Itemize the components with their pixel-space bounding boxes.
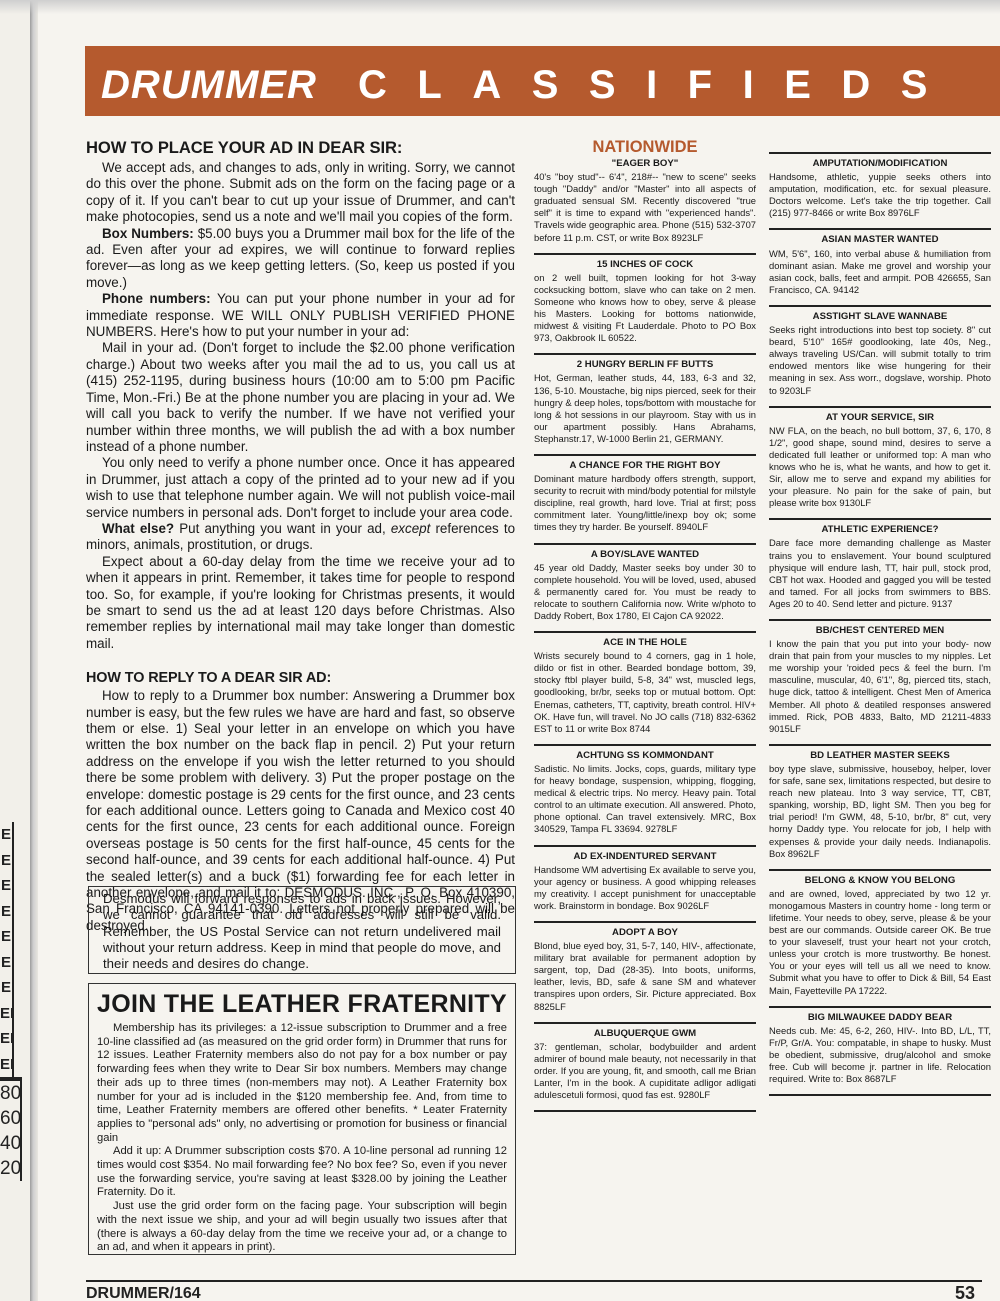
ad-headline: ATHLETIC EXPERIENCE? bbox=[769, 524, 991, 536]
place-ad-intro: We accept ads, and changes to ads, only … bbox=[86, 160, 515, 226]
ad-headline: BIG MILWAUKEE DADDY BEAR bbox=[769, 1012, 991, 1024]
ad-divider bbox=[769, 518, 991, 520]
classified-ad: 15 INCHES OF COCKon 2 well built, topmen… bbox=[534, 253, 756, 345]
ad-headline: ASIAN MASTER WANTED bbox=[769, 234, 991, 246]
ad-divider bbox=[769, 305, 991, 307]
forwarding-notice: Desmodus will forward responses to ads i… bbox=[88, 886, 516, 974]
facing-page-edge: EEEEEEEEEEEEE80604020 bbox=[0, 0, 30, 1301]
ad-headline: A CHANCE FOR THE RIGHT BOY bbox=[534, 460, 756, 472]
ad-headline: "EAGER BOY" bbox=[534, 158, 756, 170]
place-ad-heading: HOW TO PLACE YOUR AD IN DEAR SIR: bbox=[86, 138, 515, 158]
page-number: 53 bbox=[955, 1283, 975, 1301]
ad-body: Wrists securely bound to 4 corners, gag … bbox=[534, 650, 756, 735]
ad-divider bbox=[534, 353, 756, 355]
facing-page-price: 20 bbox=[0, 1156, 22, 1181]
ad-body: Sadistic. No limits. Jocks, cops, guards… bbox=[534, 763, 756, 836]
facing-page-fragment: E bbox=[0, 950, 14, 976]
classified-ad: A CHANCE FOR THE RIGHT BOYDominant matur… bbox=[534, 454, 756, 534]
ad-divider bbox=[769, 619, 991, 621]
classified-ad: "EAGER BOY"40's "boy stud"-- 6'4", 218#-… bbox=[534, 158, 756, 244]
facing-page-fragment: E bbox=[0, 873, 14, 899]
facing-page-fragment: E bbox=[0, 924, 14, 950]
what-else-text: Put anything you want in your ad, bbox=[179, 521, 385, 536]
facing-page-grid: EEEEEEEEEEEEE80604020 bbox=[0, 822, 14, 1181]
ad-body: and are owned, loved, appreciated by two… bbox=[769, 888, 991, 997]
classifieds-column-middle: NATIONWIDE "EAGER BOY"40's "boy stud"-- … bbox=[534, 138, 756, 1112]
ad-divider bbox=[534, 1110, 756, 1112]
facing-page-fragment: E bbox=[0, 899, 14, 925]
classified-ad: AT YOUR SERVICE, SIRNW FLA, on the beach… bbox=[769, 406, 991, 510]
ad-headline: ACE IN THE HOLE bbox=[534, 637, 756, 649]
classified-ad: ASSTIGHT SLAVE WANNABESeeks right introd… bbox=[769, 305, 991, 397]
classified-ad: BIG MILWAUKEE DADDY BEARNeeds cub. Me: 4… bbox=[769, 1006, 991, 1086]
ad-headline: BD LEATHER MASTER SEEKS bbox=[769, 750, 991, 762]
ad-body: on 2 well built, topmen looking for hot … bbox=[534, 272, 756, 345]
classified-ad: ACE IN THE HOLEWrists securely bound to … bbox=[534, 631, 756, 735]
magazine-title: DRUMMER bbox=[101, 63, 317, 108]
except-emphasis: except bbox=[391, 521, 430, 536]
phone-numbers-label: Phone numbers: bbox=[102, 291, 211, 306]
ad-divider bbox=[534, 454, 756, 456]
ad-body: I know the pain that you put into your b… bbox=[769, 638, 991, 735]
ad-divider bbox=[534, 845, 756, 847]
ad-divider bbox=[534, 921, 756, 923]
ad-body: Dare face more demanding challenge as Ma… bbox=[769, 537, 991, 610]
facing-page-fragment: EE bbox=[0, 1026, 14, 1052]
ad-body: boy type slave, submissive, houseboy, he… bbox=[769, 763, 991, 860]
what-else-paragraph: What else? Put anything you want in your… bbox=[86, 521, 515, 554]
ad-headline: A BOY/SLAVE WANTED bbox=[534, 549, 756, 561]
fraternity-add-it-up: Add it up: A Drummer subscription costs … bbox=[97, 1145, 507, 1200]
ad-body: WM, 5'6", 160, into verbal abuse & humil… bbox=[769, 248, 991, 296]
classifieds-column-right: AMPUTATION/MODIFICATIONHandsome, athleti… bbox=[769, 152, 991, 1096]
ad-body: Seeks right introductions into best top … bbox=[769, 324, 991, 397]
ad-headline: ACHTUNG SS KOMMONDANT bbox=[534, 750, 756, 762]
footer-rule bbox=[86, 1280, 982, 1282]
region-heading: NATIONWIDE bbox=[534, 138, 756, 157]
ad-divider bbox=[769, 744, 991, 746]
facing-page-price: 80 bbox=[0, 1081, 22, 1106]
ad-body: 45 year old Daddy, Master seeks boy unde… bbox=[534, 562, 756, 622]
classified-ad: BELONG & KNOW YOU BELONGand are owned, l… bbox=[769, 869, 991, 997]
ad-divider bbox=[534, 631, 756, 633]
forwarding-notice-text: Desmodus will forward responses to ads i… bbox=[103, 891, 501, 971]
classified-ad: BD LEATHER MASTER SEEKSboy type slave, s… bbox=[769, 744, 991, 860]
what-else-label: What else? bbox=[102, 521, 174, 536]
box-numbers-paragraph: Box Numbers: $5.00 buys you a Drummer ma… bbox=[86, 226, 515, 292]
ad-headline: BB/CHEST CENTERED MEN bbox=[769, 625, 991, 637]
ad-body: Dominant mature hardbody offers strength… bbox=[534, 473, 756, 533]
classified-ad: ADOPT A BOYBlond, blue eyed boy, 31, 5-7… bbox=[534, 921, 756, 1013]
ad-divider bbox=[534, 253, 756, 255]
ad-body: Hot, German, leather studs, 44, 183, 6-3… bbox=[534, 372, 756, 445]
ad-headline: BELONG & KNOW YOU BELONG bbox=[769, 875, 991, 887]
ad-headline: 2 HUNGRY BERLIN FF BUTTS bbox=[534, 359, 756, 371]
delay-paragraph: Expect about a 60-day delay from the tim… bbox=[86, 554, 515, 652]
facing-page-fragment: EE bbox=[0, 1001, 14, 1027]
facing-page-fragment: EE bbox=[0, 1052, 14, 1078]
binding-gutter bbox=[30, 0, 38, 1301]
ad-headline: AT YOUR SERVICE, SIR bbox=[769, 412, 991, 424]
classified-ad: AMPUTATION/MODIFICATIONHandsome, athleti… bbox=[769, 152, 991, 219]
classified-ad: ASIAN MASTER WANTEDWM, 5'6", 160, into v… bbox=[769, 228, 991, 295]
ad-body: Needs cub. Me: 45, 6-2, 260, HIV-. Into … bbox=[769, 1025, 991, 1085]
fraternity-privileges: Membership has its privileges: a 12-issu… bbox=[97, 1022, 507, 1145]
ad-divider bbox=[769, 869, 991, 871]
classified-ad: ACHTUNG SS KOMMONDANTSadistic. No limits… bbox=[534, 744, 756, 836]
ad-body: Handsome WM advertising Ex available to … bbox=[534, 864, 756, 912]
facing-page-price: 60 bbox=[0, 1106, 22, 1131]
ad-headline: AD EX-INDENTURED SERVANT bbox=[534, 851, 756, 863]
section-banner: DRUMMER CLASSIFIEDS bbox=[85, 46, 1000, 116]
facing-page-fragment: E bbox=[0, 848, 14, 874]
ad-divider bbox=[769, 1094, 991, 1096]
reply-ad-heading: HOW TO REPLY TO A DEAR SIR AD: bbox=[86, 670, 515, 686]
issue-label: DRUMMER/164 bbox=[86, 1285, 201, 1301]
verify-paragraph: You only need to verify a phone number o… bbox=[86, 455, 515, 521]
section-title: CLASSIFIEDS bbox=[358, 63, 958, 108]
ad-divider bbox=[534, 543, 756, 545]
classified-ad: ATHLETIC EXPERIENCE?Dare face more deman… bbox=[769, 518, 991, 610]
fraternity-heading: JOIN THE LEATHER FRATERNITY bbox=[97, 989, 507, 1019]
ad-headline: ALBUQUERQUE GWM bbox=[534, 1028, 756, 1040]
mail-ad-paragraph: Mail in your ad. (Don't forget to includ… bbox=[86, 340, 515, 455]
instructions-column: HOW TO PLACE YOUR AD IN DEAR SIR: We acc… bbox=[86, 138, 515, 934]
ad-divider bbox=[769, 406, 991, 408]
ad-divider bbox=[769, 1006, 991, 1008]
page-shadow bbox=[0, 0, 1000, 14]
ad-headline: 15 INCHES OF COCK bbox=[534, 259, 756, 271]
facing-page-price: 40 bbox=[0, 1131, 22, 1156]
classified-ad: ALBUQUERQUE GWM37: gentleman, scholar, b… bbox=[534, 1022, 756, 1102]
ad-divider bbox=[534, 1022, 756, 1024]
classified-ad: 2 HUNGRY BERLIN FF BUTTSHot, German, lea… bbox=[534, 353, 756, 445]
ad-divider bbox=[534, 744, 756, 746]
ad-divider bbox=[769, 228, 991, 230]
phone-numbers-paragraph: Phone numbers: You can put your phone nu… bbox=[86, 291, 515, 340]
classified-ad: AD EX-INDENTURED SERVANTHandsome WM adve… bbox=[534, 845, 756, 912]
classified-ad: BB/CHEST CENTERED MENI know the pain tha… bbox=[769, 619, 991, 735]
ad-body: 40's "boy stud"-- 6'4", 218#-- "new to s… bbox=[534, 171, 756, 244]
ad-body: Blond, blue eyed boy, 31, 5-7, 140, HIV-… bbox=[534, 940, 756, 1013]
ad-body: Handsome, athletic, yuppie seeks others … bbox=[769, 171, 991, 219]
ad-divider bbox=[769, 152, 991, 154]
ad-body: NW FLA, on the beach, no bull bottom, 37… bbox=[769, 425, 991, 510]
ad-body: 37: gentleman, scholar, bodybuilder and … bbox=[534, 1041, 756, 1101]
leather-fraternity-box: JOIN THE LEATHER FRATERNITY Membership h… bbox=[88, 983, 516, 1255]
facing-page-fragment: E bbox=[0, 975, 14, 1001]
ad-headline: ASSTIGHT SLAVE WANNABE bbox=[769, 311, 991, 323]
classified-ad: A BOY/SLAVE WANTED45 year old Daddy, Mas… bbox=[534, 543, 756, 623]
ad-headline: ADOPT A BOY bbox=[534, 927, 756, 939]
ad-headline: AMPUTATION/MODIFICATION bbox=[769, 158, 991, 170]
box-numbers-label: Box Numbers: bbox=[102, 226, 194, 241]
fraternity-order-form: Just use the grid order form on the faci… bbox=[97, 1200, 507, 1255]
facing-page-fragment: E bbox=[0, 822, 14, 848]
